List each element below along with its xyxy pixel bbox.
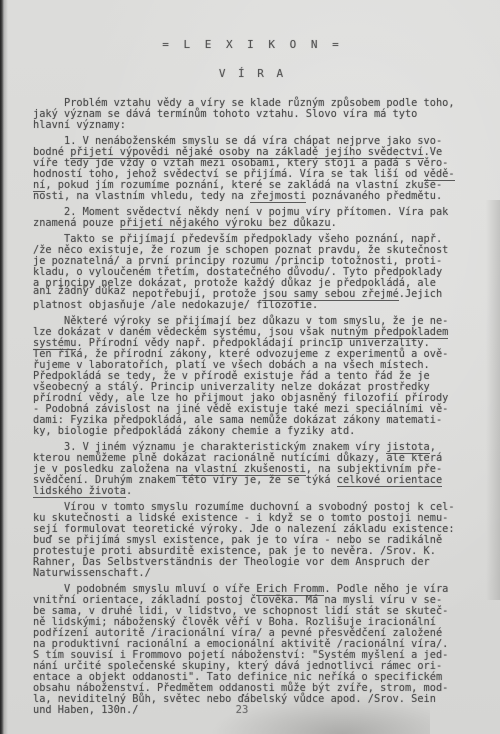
text-segment: lidského života: [33, 485, 126, 498]
text-segment: hlavní významy:: [33, 119, 126, 131]
scan-edge-shadow: [0, 0, 8, 734]
paragraph: Problém vztahu vědy a víry se klade různ…: [33, 98, 472, 131]
text-segment: poznávaného předmětu.: [306, 190, 442, 202]
text-segment: .: [126, 485, 132, 497]
paragraph: V podobném smyslu mluví o víře Erich Fro…: [33, 584, 472, 716]
text-line: ky, biologie předpokládá zákony chemie a…: [33, 426, 472, 437]
paragraph: 1. V nenáboženském smyslu se dá víra chá…: [33, 136, 472, 202]
text-line: nosti, na vlastním vhledu, tedy na zřejm…: [33, 191, 472, 202]
text-segment: znamená pouze: [33, 217, 120, 229]
document-content: = L E X I K O N = V Í R A Problém vztahu…: [33, 38, 472, 716]
paragraph: 3. V jiném významu je charakteristickým …: [33, 442, 472, 497]
paragraph: Některé výroky se přijímají bez důkazu v…: [33, 316, 472, 437]
document-title: V Í R A: [33, 67, 472, 80]
text-segment: .: [331, 217, 337, 229]
text-segment: .Jejich: [399, 288, 442, 300]
document-header: = L E X I K O N =: [33, 38, 472, 51]
text-segment: nosti, na vlastním vhledu, tedy na: [33, 190, 250, 202]
text-segment: Naturwissenschaft./: [33, 567, 151, 579]
text-line: znamená pouze přijetí nějakého výroku be…: [33, 218, 472, 229]
page-number: 23: [0, 704, 484, 716]
text-line: hlavní významy:: [33, 120, 472, 131]
text-line: lidského života.: [33, 486, 472, 497]
document-body: Problém vztahu vědy a víry se klade různ…: [33, 98, 472, 716]
text-segment: zřejmosti: [250, 190, 306, 203]
text-segment: platnost objasňuje /ale nedokazuje/ filo…: [33, 299, 318, 311]
text-segment: ani žádný důkaz: [33, 285, 126, 297]
paragraph: 2. Moment svědectví někdy není v pojmu v…: [33, 207, 472, 229]
paragraph: Takto se přijímají především předpoklady…: [33, 234, 472, 311]
text-line: Naturwissenschaft./: [33, 568, 472, 579]
scan-shadow-right: [486, 200, 500, 600]
text-segment: přijetí nějakého výroku bez důkazu: [120, 217, 331, 230]
scanned-document-page: = L E X I K O N = V Í R A Problém vztahu…: [0, 0, 500, 734]
text-segment: celkové orientace: [337, 474, 442, 487]
paragraph: Vírou v tomto smyslu rozumíme duchovní a…: [33, 502, 472, 579]
text-segment: ky, biologie předpokládá zákony chemie a…: [33, 425, 355, 437]
text-line: platnost objasňuje /ale nedokazuje/ filo…: [33, 300, 472, 311]
